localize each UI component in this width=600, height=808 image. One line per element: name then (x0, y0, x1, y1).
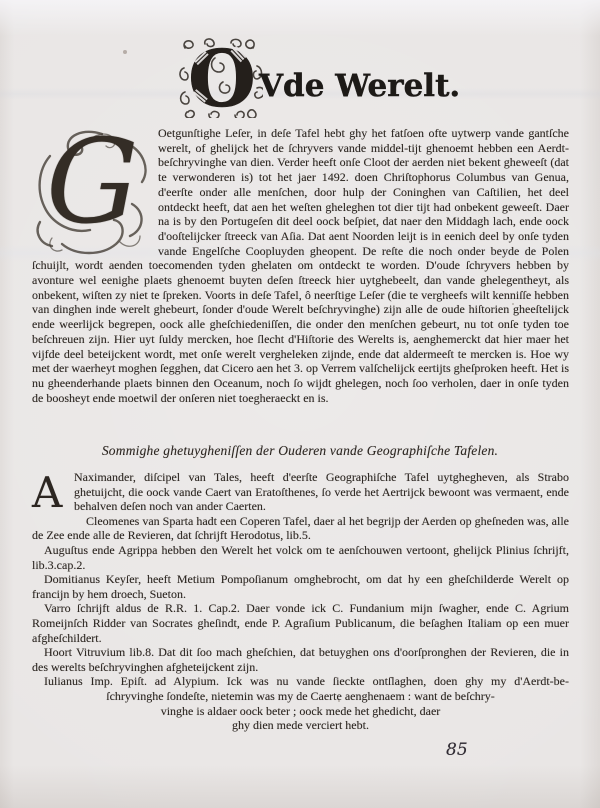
drop-cap-A: A (32, 470, 74, 515)
testimony-domitianus: Domitianus Keyſer, heeft Metium Pompoſia… (32, 572, 569, 601)
testimony-vitruvius: Hoort Vitruvium lib.8. Dat dit ſoo mach … (32, 645, 569, 674)
page-number: 85 (446, 740, 468, 760)
drop-cap-letter: G (46, 110, 139, 255)
ornamental-initial-letter: O (188, 44, 252, 116)
testimony-augustus: Auguſtus ende Agrippa hebben den Werelt … (32, 543, 569, 572)
testimony-iulianus: Iulianus Imp. Epiſt. ad Alypium. Ick was… (32, 674, 569, 732)
testimony-varro: Varro ſchrijft aldus de R.R. 1. Cap.2. D… (32, 601, 569, 645)
ornamental-initial-block: O (179, 38, 263, 118)
testimony-text: Naximander, diſcipel van Tales, heeft d'… (74, 470, 569, 513)
testimony-line: ſchryvinghe ſondeſte, nietemin was my de… (32, 689, 569, 704)
testimony-line: ghy dien mede verciert hebt. (32, 718, 569, 733)
section-heading: Sommighe ghetuygheniſſen der Ouderen van… (0, 443, 600, 459)
testimonies-section: A Naximander, diſcipel van Tales, heeft … (32, 470, 569, 733)
testimony-line: vinghe is aldaer oock beter ; oock mede … (32, 704, 569, 719)
intro-paragraph: G Oetgunſtighe Leſer, in deſe Tafel hebt… (32, 126, 569, 405)
testimony-line: Iulianus Imp. Epiſt. ad Alypium. Ick was… (32, 674, 569, 689)
drop-cap-G: G (32, 126, 158, 257)
page-title: Vde Werelt. (259, 66, 460, 106)
testimony-cleomenes: Cleomenes van Sparta hadt een Coperen Ta… (32, 514, 569, 543)
testimony-anaximander: A Naximander, diſcipel van Tales, heeft … (32, 470, 569, 514)
paper-speck (123, 50, 127, 54)
